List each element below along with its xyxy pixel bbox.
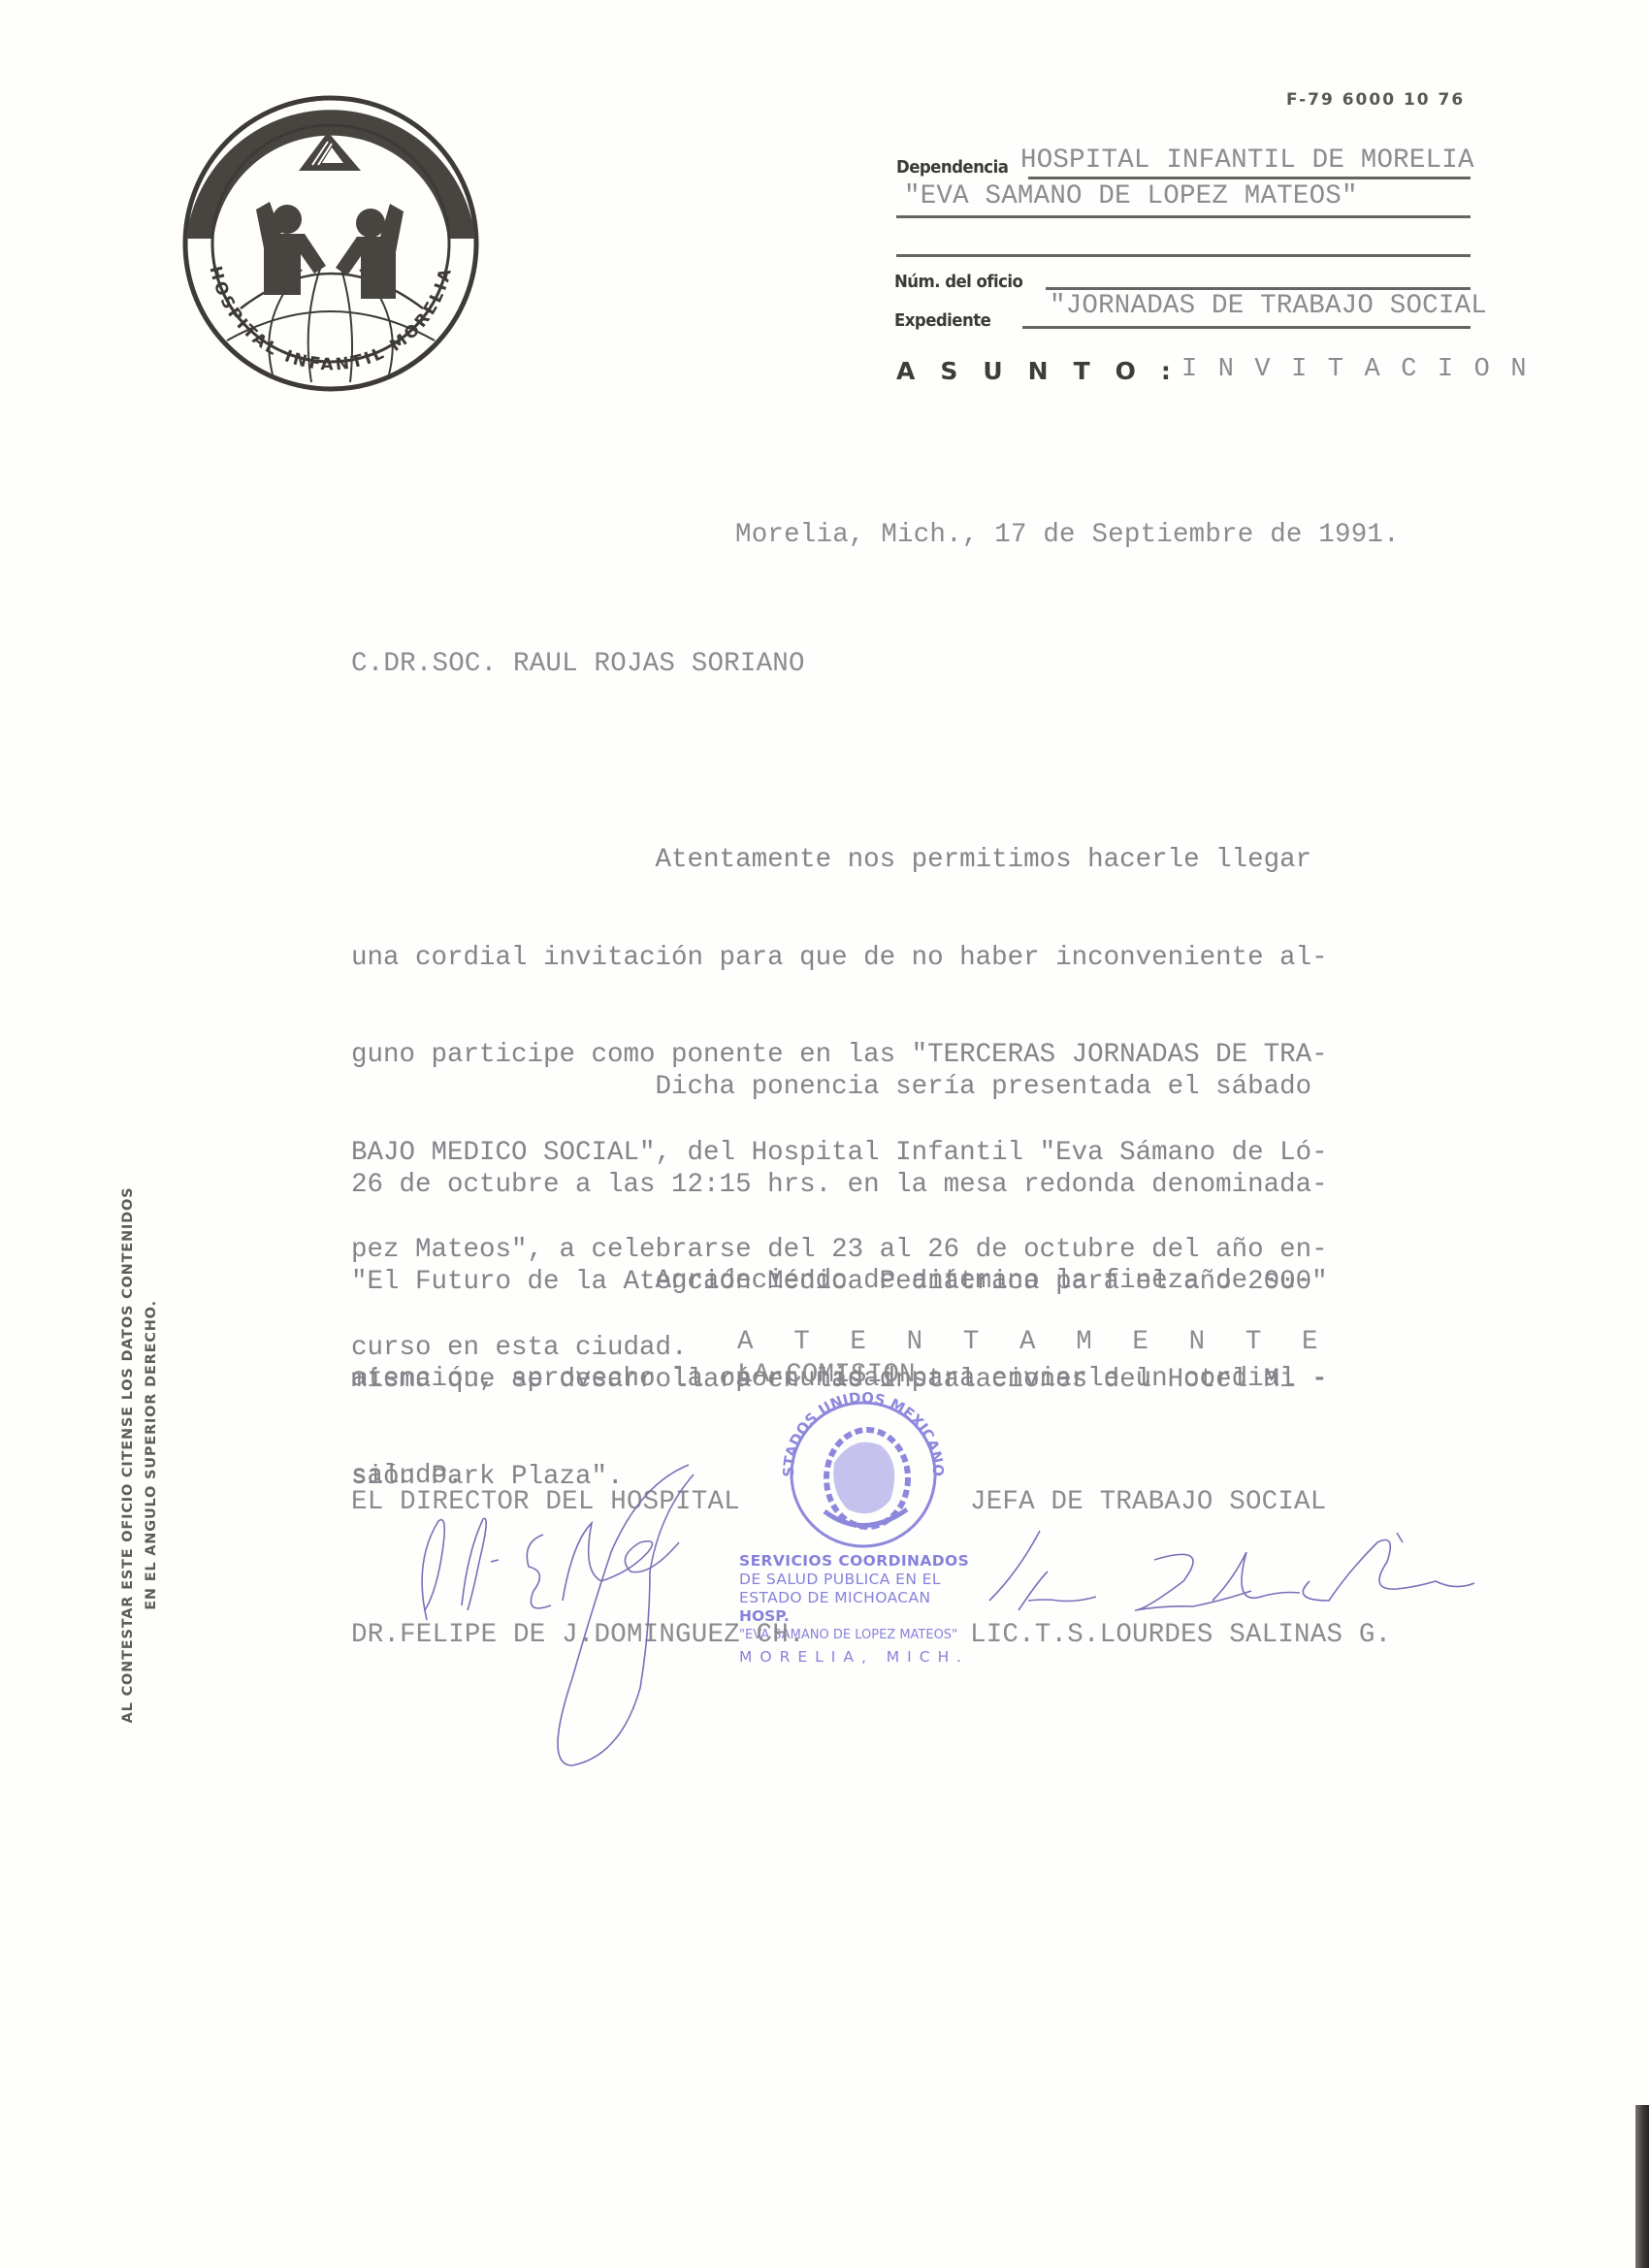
dependencia-rule-3 (896, 254, 1471, 257)
stamp-line: DE SALUD PUBLICA EN EL (739, 1571, 969, 1589)
hospital-logo-icon: HOSPITAL INFANTIL MORELIA (180, 93, 481, 394)
stamp-line: MORELIA, MICH. (739, 1648, 969, 1667)
stamp-line: SERVICIOS COORDINADOS (739, 1552, 969, 1571)
scan-edge-shadow (1635, 2105, 1649, 2268)
dependencia-line2: "EVA SAMANO DE LOPEZ MATEOS" (904, 181, 1358, 211)
paragraph-line: 26 de octubre a las 12:15 hrs. en la mes… (351, 1169, 1328, 1202)
recipient: C.DR.SOC. RAUL ROJAS SORIANO (351, 649, 805, 679)
mexican-coat-of-arms-seal-icon: ESTADOS UNIDOS MEXICANOS (766, 1385, 960, 1550)
dependencia-line1: HOSPITAL INFANTIL DE MORELIA (1020, 146, 1474, 176)
paragraph-line: Atentamente nos permitimos hacerle llega… (351, 844, 1328, 877)
dependencia-label: Dependencia (896, 157, 1008, 178)
vertical-reply-instruction: AL CONTESTAR ESTE OFICIO CITENSE LOS DAT… (116, 1135, 184, 1775)
closing-salutation: A T E N T A M E N T E (737, 1327, 1330, 1357)
asunto-value: INVITACION (1181, 355, 1547, 384)
dependencia-rule-2 (896, 215, 1471, 218)
paragraph-line: una cordial invitación para que de no ha… (351, 942, 1328, 975)
form-code: F-79 6000 10 76 (1286, 90, 1465, 110)
expediente-value: "JORNADAS DE TRABAJO SOCIAL (1050, 291, 1487, 321)
vertical-note-line-2: EN EL ANGULO SUPERIOR DERECHO. (140, 1135, 163, 1775)
social-work-head-signature-icon (970, 1513, 1533, 1630)
expediente-label: Expediente (894, 310, 990, 331)
stamp-line: ESTADO DE MICHOACAN (739, 1589, 969, 1607)
vertical-note-line-1: AL CONTESTAR ESTE OFICIO CITENSE LOS DAT… (116, 1135, 140, 1775)
paragraph-line: Dicha ponencia sería presentada el sábad… (351, 1071, 1328, 1104)
letter-page: F-79 6000 10 76 HOSPITAL INFANTIL MORELI… (0, 0, 1649, 2268)
expediente-rule (1022, 326, 1471, 329)
paragraph-line: Agradeciendo de antemano la fineza de su… (351, 1265, 1328, 1298)
num-oficio-label: Núm. del oficio (894, 272, 1022, 292)
director-signature-icon (398, 1445, 727, 1795)
date-line: Morelia, Mich., 17 de Septiembre de 1991… (735, 520, 1400, 550)
asunto-label: ASUNTO: (896, 357, 1196, 385)
num-oficio-rule (1046, 287, 1471, 290)
dependencia-rule-1 (1028, 177, 1471, 179)
